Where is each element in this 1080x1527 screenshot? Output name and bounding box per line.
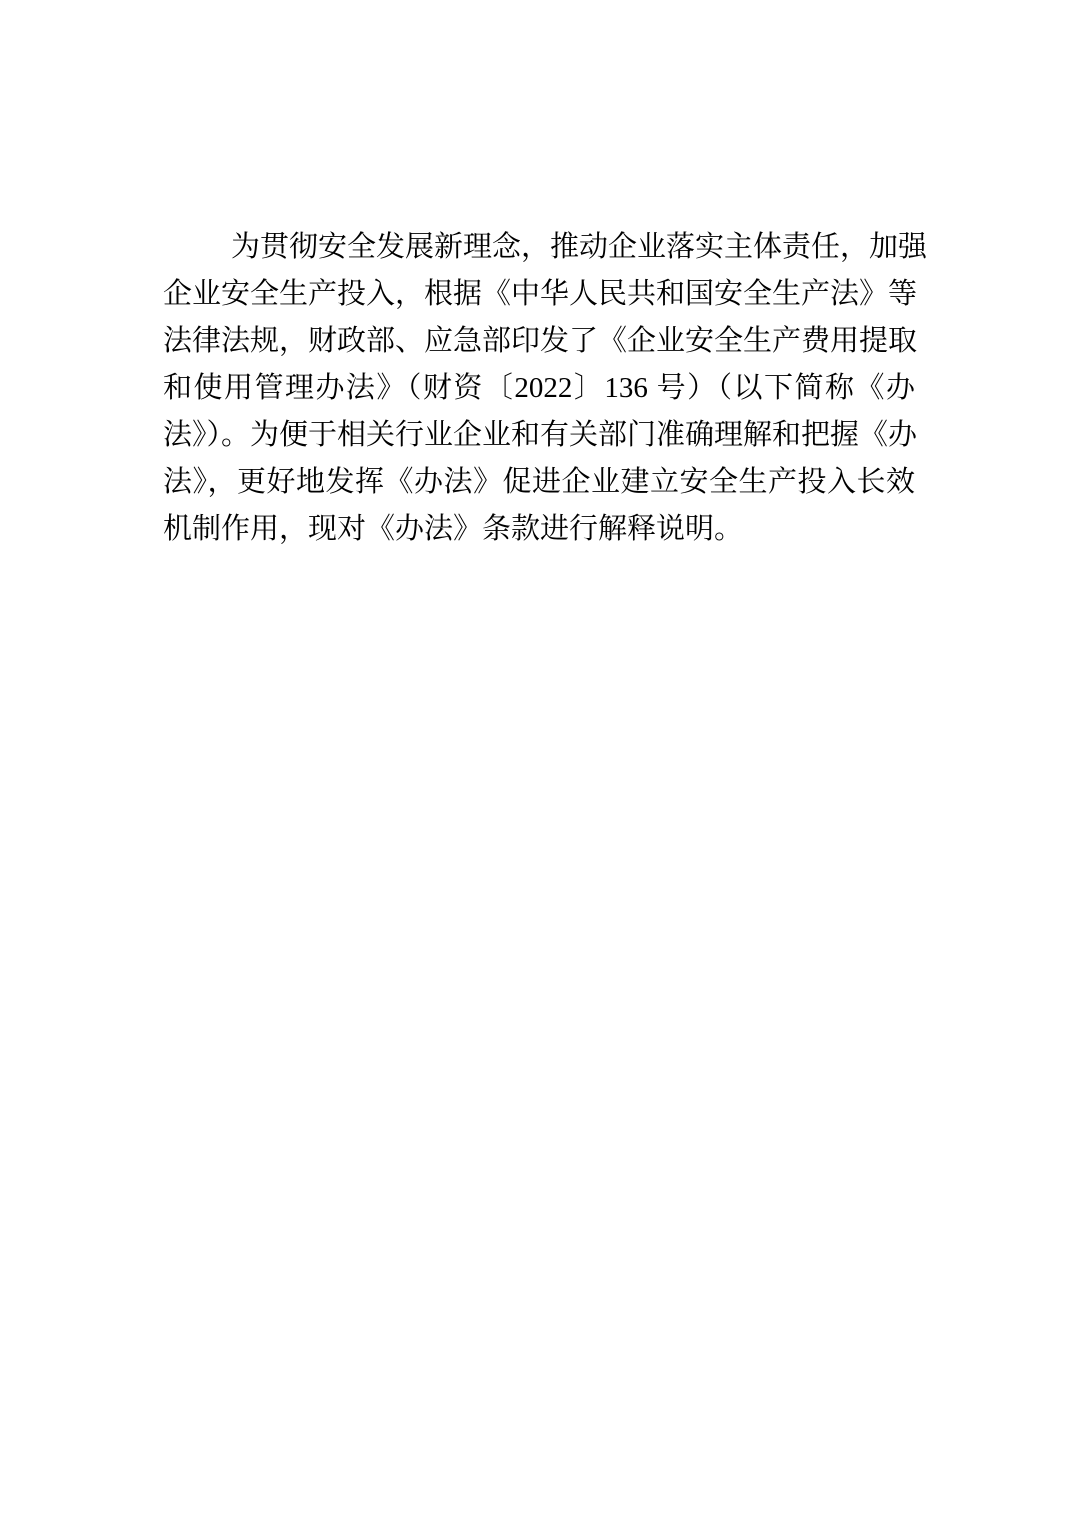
paragraph-line: 和使用管理办法》（财资〔2022〕136 号）（以下简称《办 bbox=[163, 365, 915, 412]
paragraph-line: 法》）。为便于相关行业企业和有关部门准确理解和把握《办 bbox=[163, 412, 915, 459]
paragraph-line: 企业安全生产投入，根据《中华人民共和国安全生产法》等 bbox=[163, 271, 915, 318]
paragraph-line: 法》，更好地发挥《办法》促进企业建立安全生产投入长效 bbox=[163, 459, 915, 506]
paragraph-line: 机制作用，现对《办法》条款进行解释说明。 bbox=[163, 506, 915, 553]
paragraph-line: 为贯彻安全发展新理念，推动企业落实主体责任，加强 bbox=[163, 224, 915, 271]
body-paragraph: 为贯彻安全发展新理念，推动企业落实主体责任，加强 企业安全生产投入，根据《中华人… bbox=[163, 224, 915, 553]
document-page: 为贯彻安全发展新理念，推动企业落实主体责任，加强 企业安全生产投入，根据《中华人… bbox=[0, 0, 1080, 1527]
paragraph-line: 法律法规，财政部、应急部印发了《企业安全生产费用提取 bbox=[163, 318, 915, 365]
